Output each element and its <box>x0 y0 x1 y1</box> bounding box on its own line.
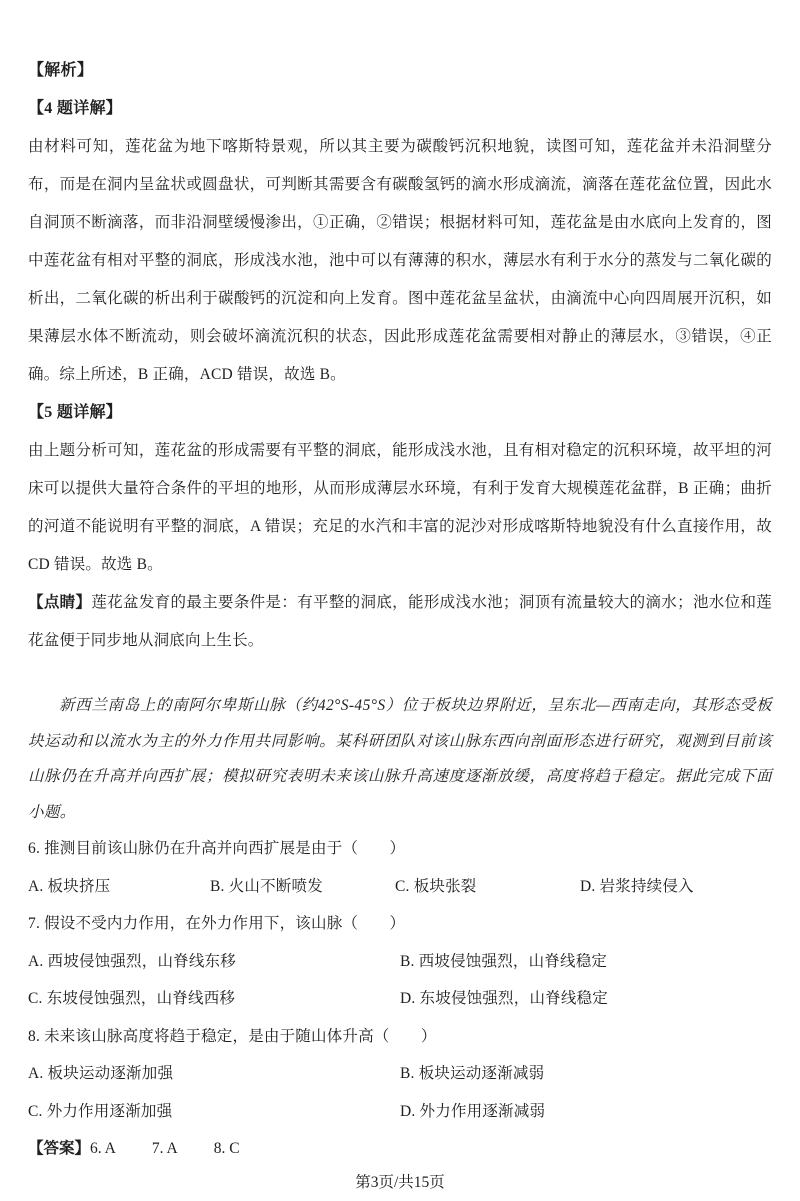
question-8-option-a: A. 板块运动逐渐加强 <box>28 1055 400 1093</box>
answer-label: 【答案】 <box>28 1130 90 1168</box>
q4-analysis-paragraph: 由材料可知，莲花盆为地下喀斯特景观，所以其主要为碳酸钙沉积地貌，读图可知，莲花盆… <box>28 128 772 394</box>
question-8-options: A. 板块运动逐渐加强 B. 板块运动逐渐减弱 C. 外力作用逐渐加强 D. 外… <box>28 1055 772 1130</box>
question-7-options: A. 西坡侵蚀强烈，山脊线东移 B. 西坡侵蚀强烈，山脊线稳定 C. 东坡侵蚀强… <box>28 943 772 1018</box>
question-8-option-d: D. 外力作用逐渐减弱 <box>400 1093 772 1131</box>
question-6-option-b: B. 火山不断喷发 <box>210 868 395 906</box>
question-8-option-b: B. 板块运动逐渐减弱 <box>400 1055 772 1093</box>
question-7-option-a: A. 西坡侵蚀强烈，山脊线东移 <box>28 943 400 981</box>
answer-item-q6: 6. A <box>90 1130 116 1168</box>
key-note-text: 莲花盆发育的最主要条件是：有平整的洞底，能形成浅水池；洞顶有流量较大的滴水；池水… <box>28 594 772 649</box>
answer-item-q8: 8. C <box>214 1130 240 1168</box>
q5-analysis-paragraph: 由上题分析可知，莲花盆的形成需要有平整的洞底，能形成浅水池，且有相对稳定的沉积环… <box>28 432 772 584</box>
document-page: 【解析】 【4 题详解】 由材料可知，莲花盆为地下喀斯特景观，所以其主要为碳酸钙… <box>0 0 800 1201</box>
question-6-option-c: C. 板块张裂 <box>395 868 580 906</box>
answer-item-q7: 7. A <box>152 1130 178 1168</box>
question-6-stem: 6. 推测目前该山脉仍在升高并向西扩展是由于（ ） <box>28 830 772 868</box>
key-note-label: 【点睛】 <box>28 594 91 611</box>
q4-analysis-heading: 【4 题详解】 <box>28 90 772 128</box>
question-block: 6. 推测目前该山脉仍在升高并向西扩展是由于（ ） A. 板块挤压 B. 火山不… <box>28 830 772 1130</box>
q5-analysis-heading: 【5 题详解】 <box>28 394 772 432</box>
question-7-option-d: D. 东坡侵蚀强烈，山脊线稳定 <box>400 980 772 1018</box>
page-footer: 第3页/共15页 <box>28 1171 772 1195</box>
reading-passage: 新西兰南岛上的南阿尔卑斯山脉（约42°S-45°S）位于板块边界附近，呈东北—西… <box>28 688 772 830</box>
question-7-option-b: B. 西坡侵蚀强烈，山脊线稳定 <box>400 943 772 981</box>
question-6-options: A. 板块挤压 B. 火山不断喷发 C. 板块张裂 D. 岩浆持续侵入 <box>28 868 772 906</box>
analysis-section-label: 【解析】 <box>28 52 772 90</box>
question-6-option-a: A. 板块挤压 <box>28 868 210 906</box>
question-7-option-c: C. 东坡侵蚀强烈，山脊线西移 <box>28 980 400 1018</box>
question-7-stem: 7. 假设不受内力作用，在外力作用下，该山脉（ ） <box>28 905 772 943</box>
question-8-stem: 8. 未来该山脉高度将趋于稳定，是由于随山体升高（ ） <box>28 1018 772 1056</box>
key-note-paragraph: 【点睛】莲花盆发育的最主要条件是：有平整的洞底，能形成浅水池；洞顶有流量较大的滴… <box>28 584 772 660</box>
answer-line: 【答案】 6. A 7. A 8. C <box>28 1130 772 1168</box>
question-8-option-c: C. 外力作用逐渐加强 <box>28 1093 400 1131</box>
question-6-option-d: D. 岩浆持续侵入 <box>580 868 772 906</box>
